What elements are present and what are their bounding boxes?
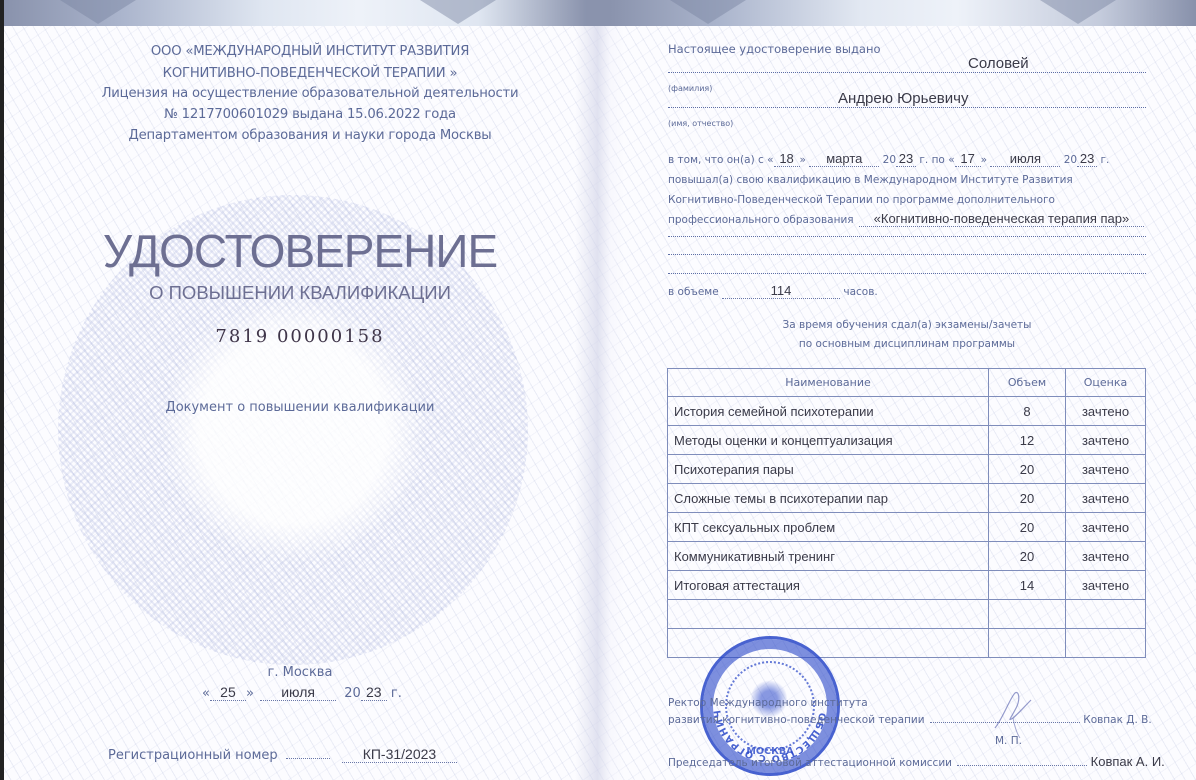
program-row: профессионального образования «Когнитивн… [668,211,1144,227]
issue-day: 25 [210,684,246,701]
subject-name: Итоговая аттестация [668,571,989,600]
quote-close: » [246,686,254,701]
registration-row: Регистрационный номер КП-31/2023 [108,746,457,763]
from-day: 18 [774,151,800,167]
license-line: Лицензия на осуществление образовательно… [100,86,520,101]
grades-table: Наименование Объем Оценка История семейн… [667,368,1146,658]
to-day: 17 [955,151,981,167]
subject-grade: зачтено [1066,455,1146,484]
table-row: Методы оценки и концептуализация12зачтен… [668,426,1146,455]
program-name: «Когнитивно-поведенческая терапия пар» [859,211,1144,227]
document-type: Документ о повышении квалификации [100,400,500,415]
table-row [668,600,1146,629]
surname-line [668,72,1146,73]
header-name: Наименование [668,369,989,397]
subject-grade: зачтено [1066,542,1146,571]
period-to-label: г. по [919,154,944,166]
hours-value: 114 [722,283,840,299]
given-names-line [668,107,1146,108]
to-year: 23 [1077,151,1097,167]
from-month: марта [809,151,879,167]
subject-grade [1066,629,1146,658]
quote-open: « [202,686,210,701]
hours-row: в объеме 114 часов. [668,283,878,299]
license-issuer-line: Департаментом образования и науки города… [100,128,520,143]
issue-city: г. Москва [100,665,500,680]
chair-signature-line [957,765,1087,766]
to-month: июля [990,151,1060,167]
org-name-line-1: ООО «МЕЖДУНАРОДНЫЙ ИНСТИТУТ РАЗВИТИЯ [100,44,520,59]
blank-line-2 [668,254,1146,255]
surname-value: Соловей [968,55,1029,72]
body-line-2: Когнитивно-Поведенческой Терапии по прог… [668,194,1055,206]
subject-name [668,600,989,629]
exams-heading-2: по основным дисциплинам программы [668,338,1146,350]
rector-line-1: Ректор Международного института [668,697,868,709]
rector-row: развития когнитивно-поведенческой терапи… [668,714,1152,726]
issue-year-suffix: г. [391,686,402,701]
subject-hours: 20 [989,542,1066,571]
header-grade: Оценка [1066,369,1146,397]
subject-hours [989,629,1066,658]
period-prefix: в том, что он(а) с [668,154,764,166]
table-row: Психотерапия пары20зачтено [668,455,1146,484]
to-year-prefix: 20 [1064,154,1077,166]
rector-line-2: развития когнитивно-поведенческой терапи… [668,714,925,726]
decorative-top-band [0,0,1196,26]
subject-grade: зачтено [1066,513,1146,542]
surname-caption: (фамилия) [668,84,712,93]
registration-label: Регистрационный номер [108,748,278,763]
certificate-subtitle: О ПОВЫШЕНИИ КВАЛИФИКАЦИИ [100,282,500,304]
subject-grade: зачтено [1066,397,1146,426]
hours-label: в объеме [668,286,719,298]
table-row: Итоговая аттестация14зачтено [668,571,1146,600]
subject-grade: зачтено [1066,484,1146,513]
table-row: История семейной психотерапии8зачтено [668,397,1146,426]
chair-name: Ковпак А. И. [1091,754,1165,769]
given-names-caption: (имя, отчество) [668,119,733,128]
issue-year-prefix: 20 [344,686,361,701]
issue-date: «25» июля 2023 г. [202,684,402,701]
subject-grade: зачтено [1066,426,1146,455]
registration-dots [286,758,330,759]
study-period: в том, что он(а) с «18» марта 2023 г. по… [668,151,1109,167]
certificate-title: УДОСТОВЕРЕНИЕ [100,224,500,278]
issue-month: июля [260,684,336,701]
issue-year: 23 [361,684,387,701]
subject-hours: 20 [989,513,1066,542]
given-names-value: Андрею Юрьевичу [838,90,968,107]
table-row: КПТ сексуальных проблем20зачтено [668,513,1146,542]
table-row: Сложные темы в психотерапии пар20зачтено [668,484,1146,513]
subject-name: Коммуникативный тренинг [668,542,989,571]
issued-to-label: Настоящее удостоверение выдано [668,42,881,56]
program-label: профессионального образования [668,214,854,226]
subject-name: История семейной психотерапии [668,397,989,426]
subject-grade: зачтено [1066,571,1146,600]
subject-name: Сложные темы в психотерапии пар [668,484,989,513]
subject-name: Методы оценки и концептуализация [668,426,989,455]
serial-number: 7819 00000158 [100,326,500,347]
chair-label: Председатель итоговой аттестационной ком… [668,757,952,769]
rector-name: Ковпак Д. В. [1083,714,1151,726]
subject-hours: 12 [989,426,1066,455]
subject-hours [989,600,1066,629]
exams-heading-1: За время обучения сдал(а) экзамены/зачет… [668,319,1146,331]
table-header-row: Наименование Объем Оценка [668,369,1146,397]
subject-hours: 8 [989,397,1066,426]
hours-unit: часов. [843,286,877,298]
blank-line-1 [668,236,1146,237]
rector-signature [985,688,1045,738]
subject-name: Психотерапия пары [668,455,989,484]
table-row: Коммуникативный тренинг20зачтено [668,542,1146,571]
subject-name: КПТ сексуальных проблем [668,513,989,542]
blank-line-3 [668,273,1146,274]
page-fold [575,26,625,780]
header-hours: Объем [989,369,1066,397]
registration-number: КП-31/2023 [342,746,457,763]
scan-edge [0,0,4,780]
subject-grade [1066,600,1146,629]
org-name-line-2: КОГНИТИВНО-ПОВЕДЕНЧЕСКОЙ ТЕРАПИИ » [100,66,520,81]
chair-row: Председатель итоговой аттестационной ком… [668,754,1165,769]
subject-hours: 20 [989,455,1066,484]
subject-hours: 20 [989,484,1066,513]
to-year-suffix: г. [1100,154,1109,166]
license-number-line: № 1217700601029 выдана 15.06.2022 года [100,107,520,122]
body-line-1: повышал(а) свою квалификацию в Междунаро… [668,174,1073,186]
from-year-prefix: 20 [883,154,896,166]
subject-hours: 14 [989,571,1066,600]
from-year: 23 [896,151,916,167]
